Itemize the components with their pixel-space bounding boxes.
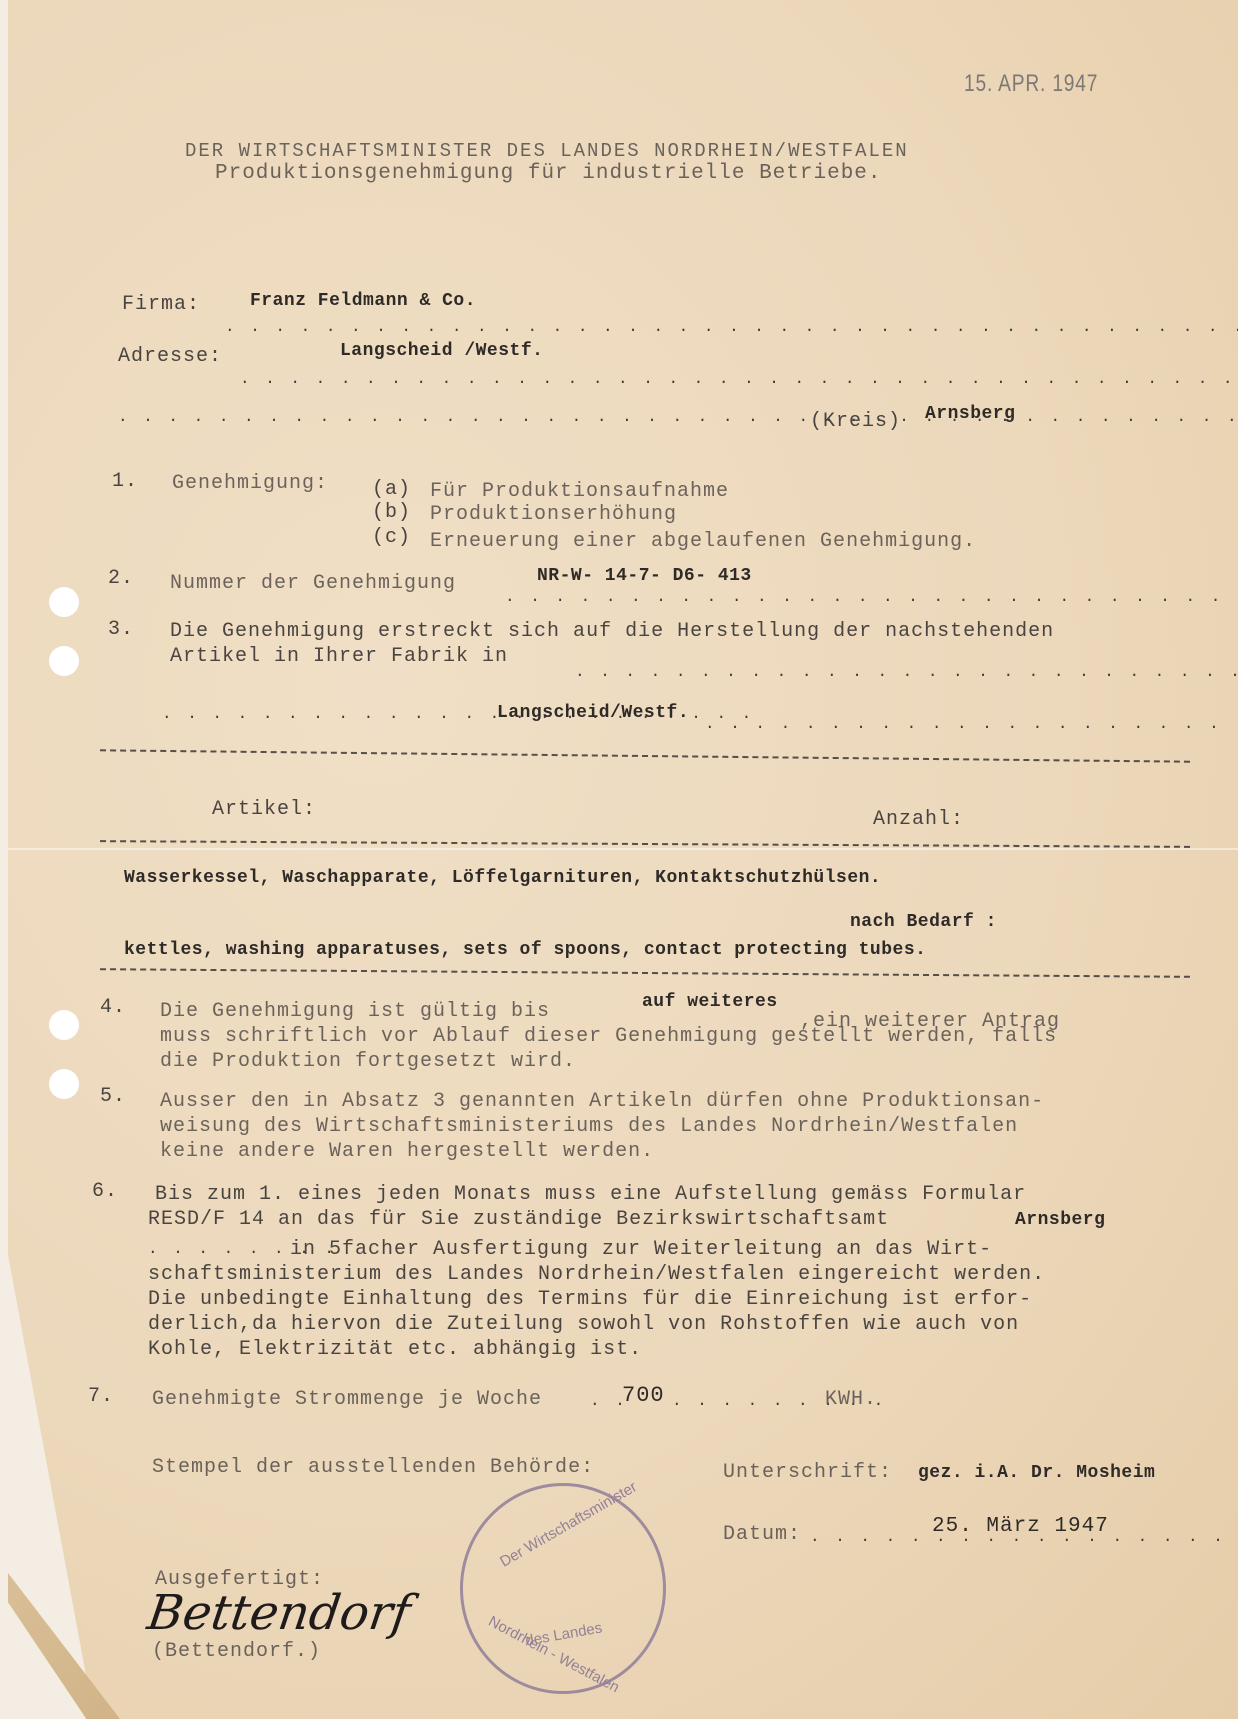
article-quantity: nach Bedarf : [850,912,997,932]
fold-crease [8,848,1238,850]
section-5-line-2: weisung des Wirtschaftsministeriums des … [160,1115,1018,1138]
option-b-key: (b) [372,501,411,524]
dotted-line: . . . . . . . . . . . . . . . . . . . . … [225,318,1238,336]
dotted-line: . . . . . . . . . . . . . . . . . . . . … [705,715,1238,733]
section-5-line-1: Ausser den in Absatz 3 genannten Artikel… [160,1090,1044,1113]
section-6-line-3: in 5facher Ausfertigung zur Weiterleitun… [290,1238,992,1261]
punch-hole [49,1010,79,1040]
seal-text-top: Der Wirtschaftsminister [497,1478,640,1570]
section-4-line-3: die Produktion fortgesetzt wird. [160,1050,576,1073]
section-2-label: Nummer der Genehmigung [170,572,456,595]
kreis-label: (Kreis) [810,410,901,433]
dotted-line: . . . . . . . . . . . . . . . . . . . . … [118,408,1238,426]
section-6-line-1: Bis zum 1. eines jeden Monats muss eine … [155,1183,1026,1206]
section-6-line-7: Kohle, Elektrizität etc. abhängig ist. [148,1338,642,1361]
section-3-line-2: Artikel in Ihrer Fabrik in [170,645,508,668]
signature-label: Unterschrift: [723,1461,892,1484]
district-office: Arnsberg [1015,1210,1105,1230]
date-label: Datum: [723,1523,801,1546]
firma-label: Firma: [122,293,200,316]
section-7-label: Genehmigte Strommenge je Woche [152,1388,542,1411]
power-unit: KWH. [825,1388,877,1411]
article-list-german: Wasserkessel, Waschapparate, Löffelgarni… [124,868,881,888]
dotted-line: . . . . . . . . . . . . . . . . . . . . … [575,663,1238,681]
firma-value: Franz Feldmann & Co. [250,291,476,311]
power-quantity: 700 [622,1383,665,1408]
authority-heading: DER WIRTSCHAFTSMINISTER DES LANDES NORDR… [185,140,909,162]
official-seal: Der Wirtschaftsminister des Landes Nordr… [460,1483,666,1694]
section-7-number: 7. [88,1385,114,1408]
section-3-number: 3. [108,618,134,641]
valid-until: auf weiteres [642,992,778,1012]
punch-hole [49,646,79,676]
signature-value: gez. i.A. Dr. Mosheim [918,1463,1155,1483]
option-c-text: Erneuerung einer abgelaufenen Genehmigun… [430,530,976,553]
issue-date: 25. März 1947 [932,1515,1109,1538]
adresse-value: Langscheid /Westf. [340,341,543,361]
punch-hole [49,1069,79,1099]
option-a-text: Für Produktionsaufnahme [430,480,729,503]
section-6-line-2: RESD/F 14 an das für Sie zuständige Bezi… [148,1208,889,1231]
handwritten-signature: Bettendorf [144,1585,414,1641]
adresse-label: Adresse: [118,345,222,368]
section-5-number: 5. [100,1085,126,1108]
section-4-line-2: muss schriftlich vor Ablauf dieser Geneh… [160,1025,1057,1048]
section-4-line-1a: Die Genehmigung ist gültig bis [160,1000,550,1023]
option-b-text: Produktionserhöhung [430,503,677,526]
section-6-line-4: schaftsministerium des Landes Nordrhein/… [148,1263,1045,1286]
dotted-line: . . . . . . . . . . . . . . . . . . . . … [240,370,1238,388]
section-4-number: 4. [100,996,126,1019]
option-c-key: (c) [372,526,411,549]
document-subtitle: Produktionsgenehmigung für industrielle … [215,162,882,185]
article-column-header: Artikel: [212,798,316,821]
section-6-number: 6. [92,1180,118,1203]
permit-number: NR-W- 14-7- D6- 413 [537,566,752,586]
issued-name: (Bettendorf.) [152,1640,321,1663]
section-2-number: 2. [108,567,134,590]
stamp-label: Stempel der ausstellenden Behörde: [152,1456,594,1479]
dotted-line: . . . . . . . . . . . . . . . . . . . . … [505,588,1238,606]
received-date-stamp: 15. APR. 1947 [964,70,1098,98]
section-5-line-3: keine andere Waren hergestellt werden. [160,1140,654,1163]
section-6-line-5: Die unbedingte Einhaltung des Termins fü… [148,1288,1032,1311]
quantity-column-header: Anzahl: [873,808,964,831]
article-list-english: kettles, washing apparatuses, sets of sp… [124,940,926,960]
section-1-number: 1. [112,470,138,493]
punch-hole [49,587,79,617]
section-3-line-1: Die Genehmigung erstreckt sich auf die H… [170,620,1054,643]
option-a-key: (a) [372,478,411,501]
section-1-label: Genehmigung: [172,472,328,495]
section-6-line-6: derlich,da hiervon die Zuteilung sowohl … [148,1313,1019,1336]
factory-location: Langscheid/Westf. [497,703,689,723]
kreis-value: Arnsberg [925,404,1015,424]
